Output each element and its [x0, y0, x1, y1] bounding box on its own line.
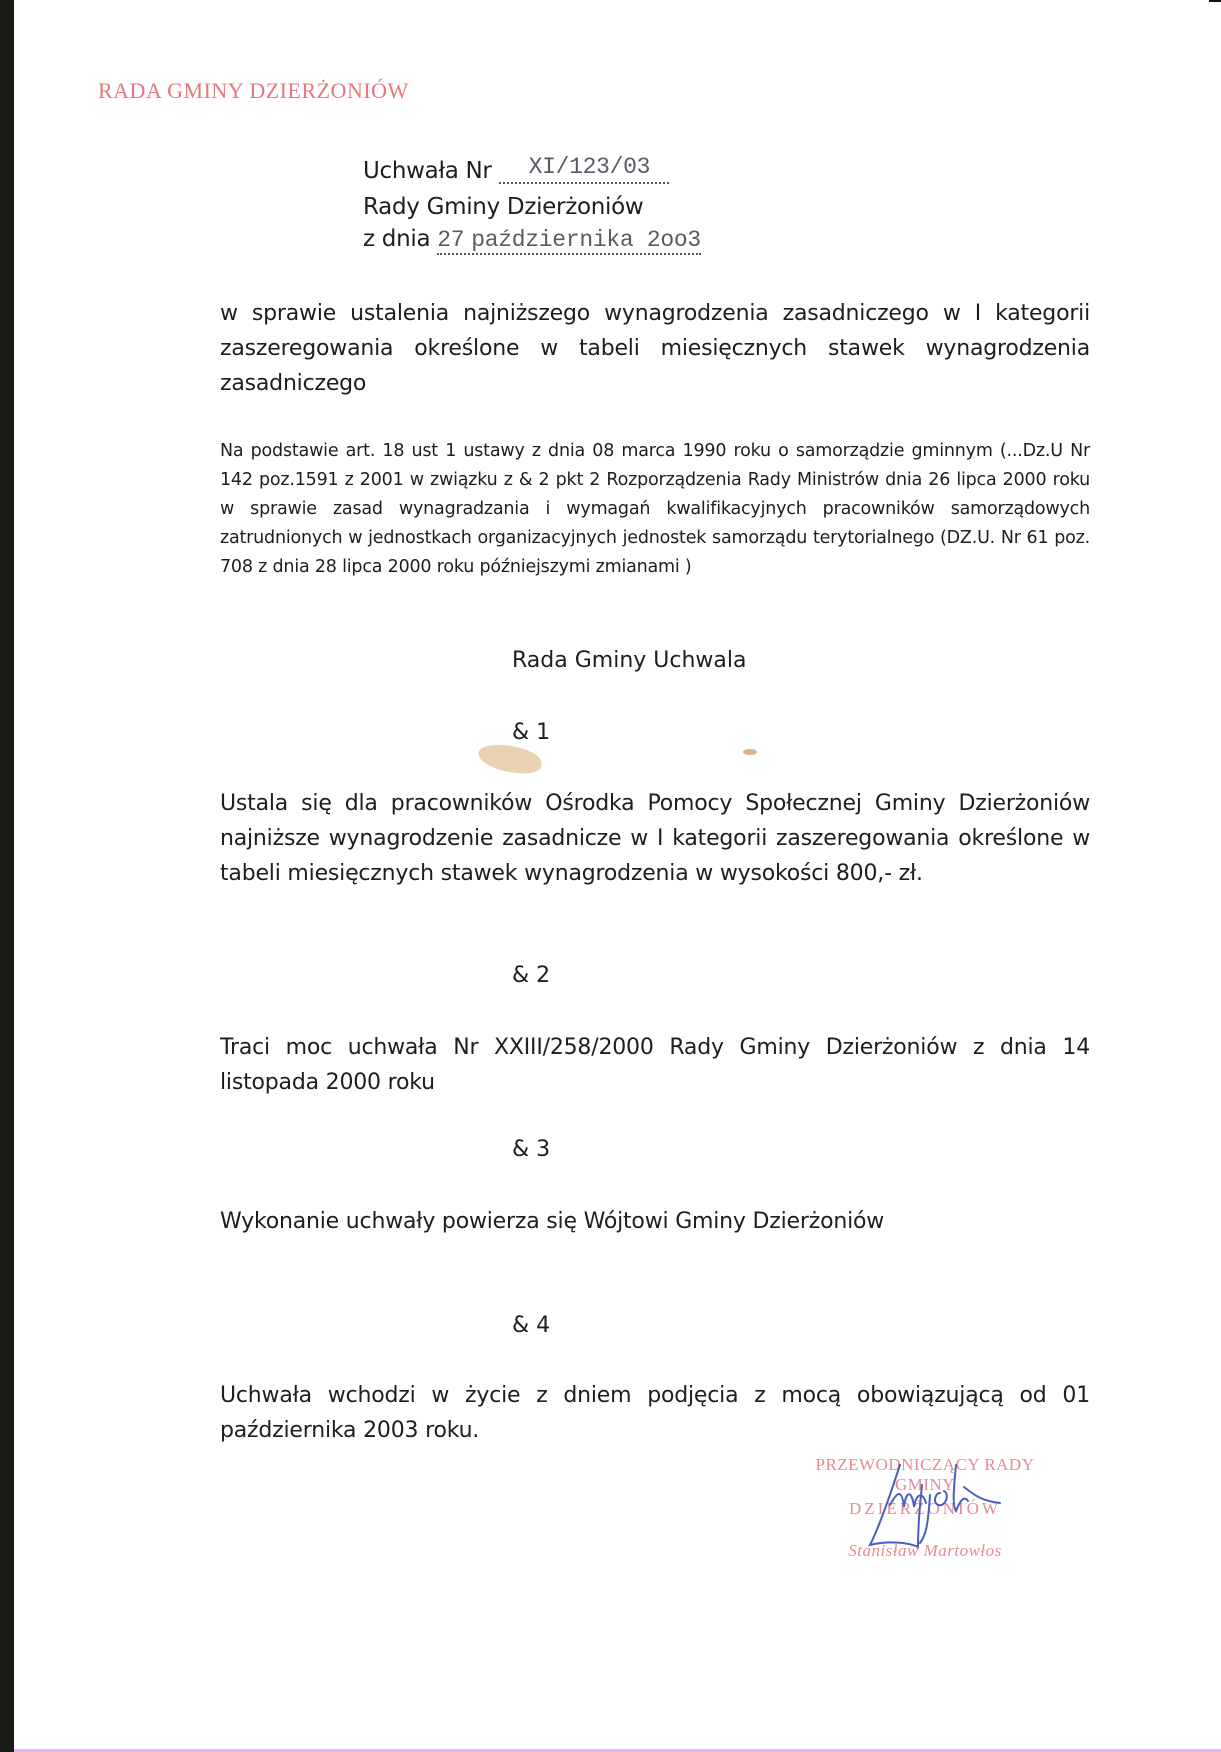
section-3-text: Wykonanie uchwały powierza się Wójtowi G… [220, 1204, 1090, 1239]
scan-edge-strip [0, 0, 14, 1752]
resolves-heading: Rada Gminy Uchwala [512, 648, 746, 673]
date-day: 27 [437, 227, 464, 253]
section-4-text: Uchwała wchodzi w życie z dniem podjęcia… [220, 1378, 1090, 1448]
section-2-text: Traci moc uchwała Nr XXIII/258/2000 Rady… [220, 1030, 1090, 1100]
resolution-subject: w sprawie ustalenia najniższego wynagrod… [220, 296, 1090, 401]
section-2-heading: & 2 [512, 963, 550, 988]
resolution-number: XI/123/03 [529, 154, 651, 180]
section-3-heading: & 3 [512, 1137, 550, 1162]
paper-stain [477, 742, 544, 777]
section-1-text: Ustala się dla pracowników Ośrodka Pomoc… [220, 786, 1090, 891]
paper-stain-small [743, 749, 757, 755]
council-header-stamp: RADA GMINY DZIERŻONIÓW [98, 78, 409, 104]
section-4-heading: & 4 [512, 1313, 550, 1338]
scan-corner-mark [1209, 0, 1221, 2]
legal-basis: Na podstawie art. 18 ust 1 ustawy z dnia… [220, 437, 1090, 582]
date-label: z dnia [363, 226, 430, 252]
resolution-title-line3: z dnia 27 października 2oo3 [363, 226, 701, 255]
section-1-heading: & 1 [512, 720, 550, 745]
resolution-title-line1: Uchwała Nr XI/123/03 [363, 158, 669, 187]
date-field: 27 października 2oo3 [437, 226, 701, 255]
date-month-year: października 2oo3 [471, 227, 701, 253]
handwritten-signature [860, 1445, 1030, 1555]
resolution-title-line2: Rady Gminy Dzierżoniów [363, 194, 643, 220]
resolution-label: Uchwała Nr [363, 158, 492, 184]
resolution-number-field: XI/123/03 [499, 155, 669, 184]
